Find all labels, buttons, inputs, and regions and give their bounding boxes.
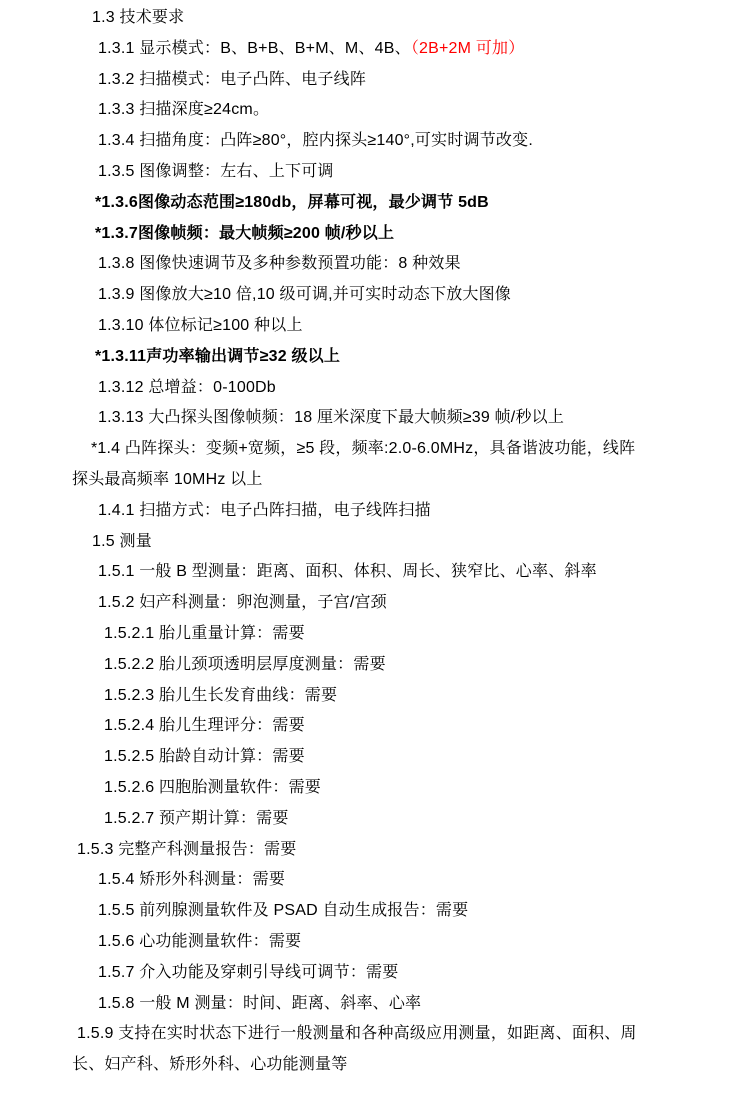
doc-text-segment: 1.3.4 扫描角度：凸阵≥80°，腔内探头≥140°,可实时调节改变. [98,132,533,149]
doc-text-segment: 1.3.12 总增益：0-100Db [98,379,276,396]
doc-line: 1.3.2 扫描模式：电子凸阵、电子线阵 [70,65,710,96]
doc-text-segment: *1.3.11声功率输出调节≥32 级以上 [95,348,340,365]
doc-text-segment: 1.3.13 大凸探头图像帧频：18 厘米深度下最大帧频≥39 帧/秒以上 [98,409,564,426]
doc-line: *1.3.11声功率输出调节≥32 级以上 [70,342,710,373]
doc-line: 1.3.3 扫描深度≥24cm。 [70,95,710,126]
doc-line: 1.5.3 完整产科测量报告：需要 [70,835,710,866]
doc-text-segment: 1.5.5 前列腺测量软件及 PSAD 自动生成报告：需要 [98,902,468,919]
doc-line: 1.5.7 介入功能及穿刺引导线可调节：需要 [70,958,710,989]
doc-text-segment: 1.5.4 矫形外科测量：需要 [98,871,285,888]
doc-text-segment: 探头最高频率 10MHz 以上 [72,471,263,488]
doc-line: *1.4 凸阵探头：变频+宽频，≥5 段，频率:2.0-6.0MHz，具备谐波功… [70,434,710,465]
doc-text-segment: 1.3.3 扫描深度≥24cm。 [98,101,269,118]
doc-line: 1.3.10 体位标记≥100 种以上 [70,311,710,342]
doc-line: *1.3.6图像动态范围≥180db，屏幕可视，最少调节 5dB [70,188,710,219]
doc-line: 1.5.1 一般 B 型测量：距离、面积、体积、周长、狭窄比、心率、斜率 [70,557,710,588]
doc-line: 1.3.12 总增益：0-100Db [70,373,710,404]
doc-line: 1.5.2.6 四胞胎测量软件：需要 [70,773,710,804]
doc-text-segment: 长、妇产科、矫形外科、心功能测量等 [72,1056,347,1073]
doc-text-segment: 1.5.2.4 胎儿生理评分：需要 [104,717,305,734]
doc-text-segment: 1.5.3 完整产科测量报告：需要 [77,841,296,858]
doc-text-segment: *1.3.7图像帧频：最大帧频≥200 帧/秒以上 [95,225,394,242]
doc-text-segment: 1.3.5 图像调整：左右、上下可调 [98,163,334,180]
doc-line: 1.5.2.2 胎儿颈项透明层厚度测量：需要 [70,650,710,681]
doc-line: 1.5.2.3 胎儿生长发育曲线：需要 [70,681,710,712]
doc-text-segment: 1.4.1 扫描方式：电子凸阵扫描，电子线阵扫描 [98,502,431,519]
doc-text-segment: 1.5.2.7 预产期计算：需要 [104,810,289,827]
document-page: 1.3 技术要求1.3.1 显示模式：B、B+B、B+M、M、4B、（2B+2M… [0,0,750,1093]
doc-text-segment: 1.5.2.6 四胞胎测量软件：需要 [104,779,321,796]
doc-text-segment: 1.3.9 图像放大≥10 倍,10 级可调,并可实时动态下放大图像 [98,286,511,303]
doc-text-segment: 1.5.2 妇产科测量：卵泡测量，子宫/宫颈 [98,594,387,611]
doc-line: 1.3.8 图像快速调节及多种参数预置功能：8 种效果 [70,249,710,280]
doc-text-segment: 1.5.2.3 胎儿生长发育曲线：需要 [104,687,337,704]
doc-text-segment: 1.5.2.5 胎龄自动计算：需要 [104,748,305,765]
doc-line: *1.3.7图像帧频：最大帧频≥200 帧/秒以上 [70,219,710,250]
doc-text-segment: 1.3.2 扫描模式：电子凸阵、电子线阵 [98,71,366,88]
doc-text-segment: 1.5.9 支持在实时状态下进行一般测量和各种高级应用测量，如距离、面积、周 [77,1025,637,1042]
doc-line: 1.5.2.5 胎龄自动计算：需要 [70,742,710,773]
doc-line: 1.5.5 前列腺测量软件及 PSAD 自动生成报告：需要 [70,896,710,927]
doc-line: 1.3.1 显示模式：B、B+B、B+M、M、4B、（2B+2M 可加） [70,34,710,65]
doc-line: 1.5 测量 [70,527,710,558]
doc-line: 1.3.4 扫描角度：凸阵≥80°，腔内探头≥140°,可实时调节改变. [70,126,710,157]
doc-line: 1.5.4 矫形外科测量：需要 [70,865,710,896]
doc-text-segment: 1.5.7 介入功能及穿刺引导线可调节：需要 [98,964,398,981]
doc-line: 1.3.13 大凸探头图像帧频：18 厘米深度下最大帧频≥39 帧/秒以上 [70,403,710,434]
doc-line: 1.5.9 支持在实时状态下进行一般测量和各种高级应用测量，如距离、面积、周 [70,1019,710,1050]
doc-text-segment: 1.5 测量 [92,533,152,550]
doc-line: 1.5.6 心功能测量软件：需要 [70,927,710,958]
doc-line: 探头最高频率 10MHz 以上 [70,465,710,496]
doc-line: 1.5.2.7 预产期计算：需要 [70,804,710,835]
doc-line: 长、妇产科、矫形外科、心功能测量等 [70,1050,710,1081]
doc-text-segment: 1.5.8 一般 M 测量：时间、距离、斜率、心率 [98,995,421,1012]
doc-text-segment: 1.5.1 一般 B 型测量：距离、面积、体积、周长、狭窄比、心率、斜率 [98,563,597,580]
doc-text-segment: *1.4 凸阵探头：变频+宽频，≥5 段，频率:2.0-6.0MHz，具备谐波功… [91,440,635,457]
doc-line: 1.5.2.1 胎儿重量计算：需要 [70,619,710,650]
doc-text-segment: 1.5.2.1 胎儿重量计算：需要 [104,625,305,642]
highlight-red-text: （2B+2M 可加） [411,40,525,57]
doc-line: 1.5.8 一般 M 测量：时间、距离、斜率、心率 [70,989,710,1020]
document-body: 1.3 技术要求1.3.1 显示模式：B、B+B、B+M、M、4B、（2B+2M… [70,3,710,1081]
doc-line: 1.5.2 妇产科测量：卵泡测量，子宫/宫颈 [70,588,710,619]
doc-text-segment: 1.5.6 心功能测量软件：需要 [98,933,301,950]
doc-text-segment: 1.3.10 体位标记≥100 种以上 [98,317,303,334]
doc-line: 1.3.9 图像放大≥10 倍,10 级可调,并可实时动态下放大图像 [70,280,710,311]
doc-text-segment: 1.3 技术要求 [92,9,184,26]
doc-text-segment: 1.5.2.2 胎儿颈项透明层厚度测量：需要 [104,656,386,673]
doc-text-segment: 1.3.1 显示模式：B、B+B、B+M、M、4B、 [98,40,411,57]
doc-line: 1.3.5 图像调整：左右、上下可调 [70,157,710,188]
doc-line: 1.5.2.4 胎儿生理评分：需要 [70,711,710,742]
doc-line: 1.4.1 扫描方式：电子凸阵扫描，电子线阵扫描 [70,496,710,527]
doc-text-segment: 1.3.8 图像快速调节及多种参数预置功能：8 种效果 [98,255,461,272]
doc-text-segment: *1.3.6图像动态范围≥180db，屏幕可视，最少调节 5dB [95,194,489,211]
doc-line: 1.3 技术要求 [70,3,710,34]
